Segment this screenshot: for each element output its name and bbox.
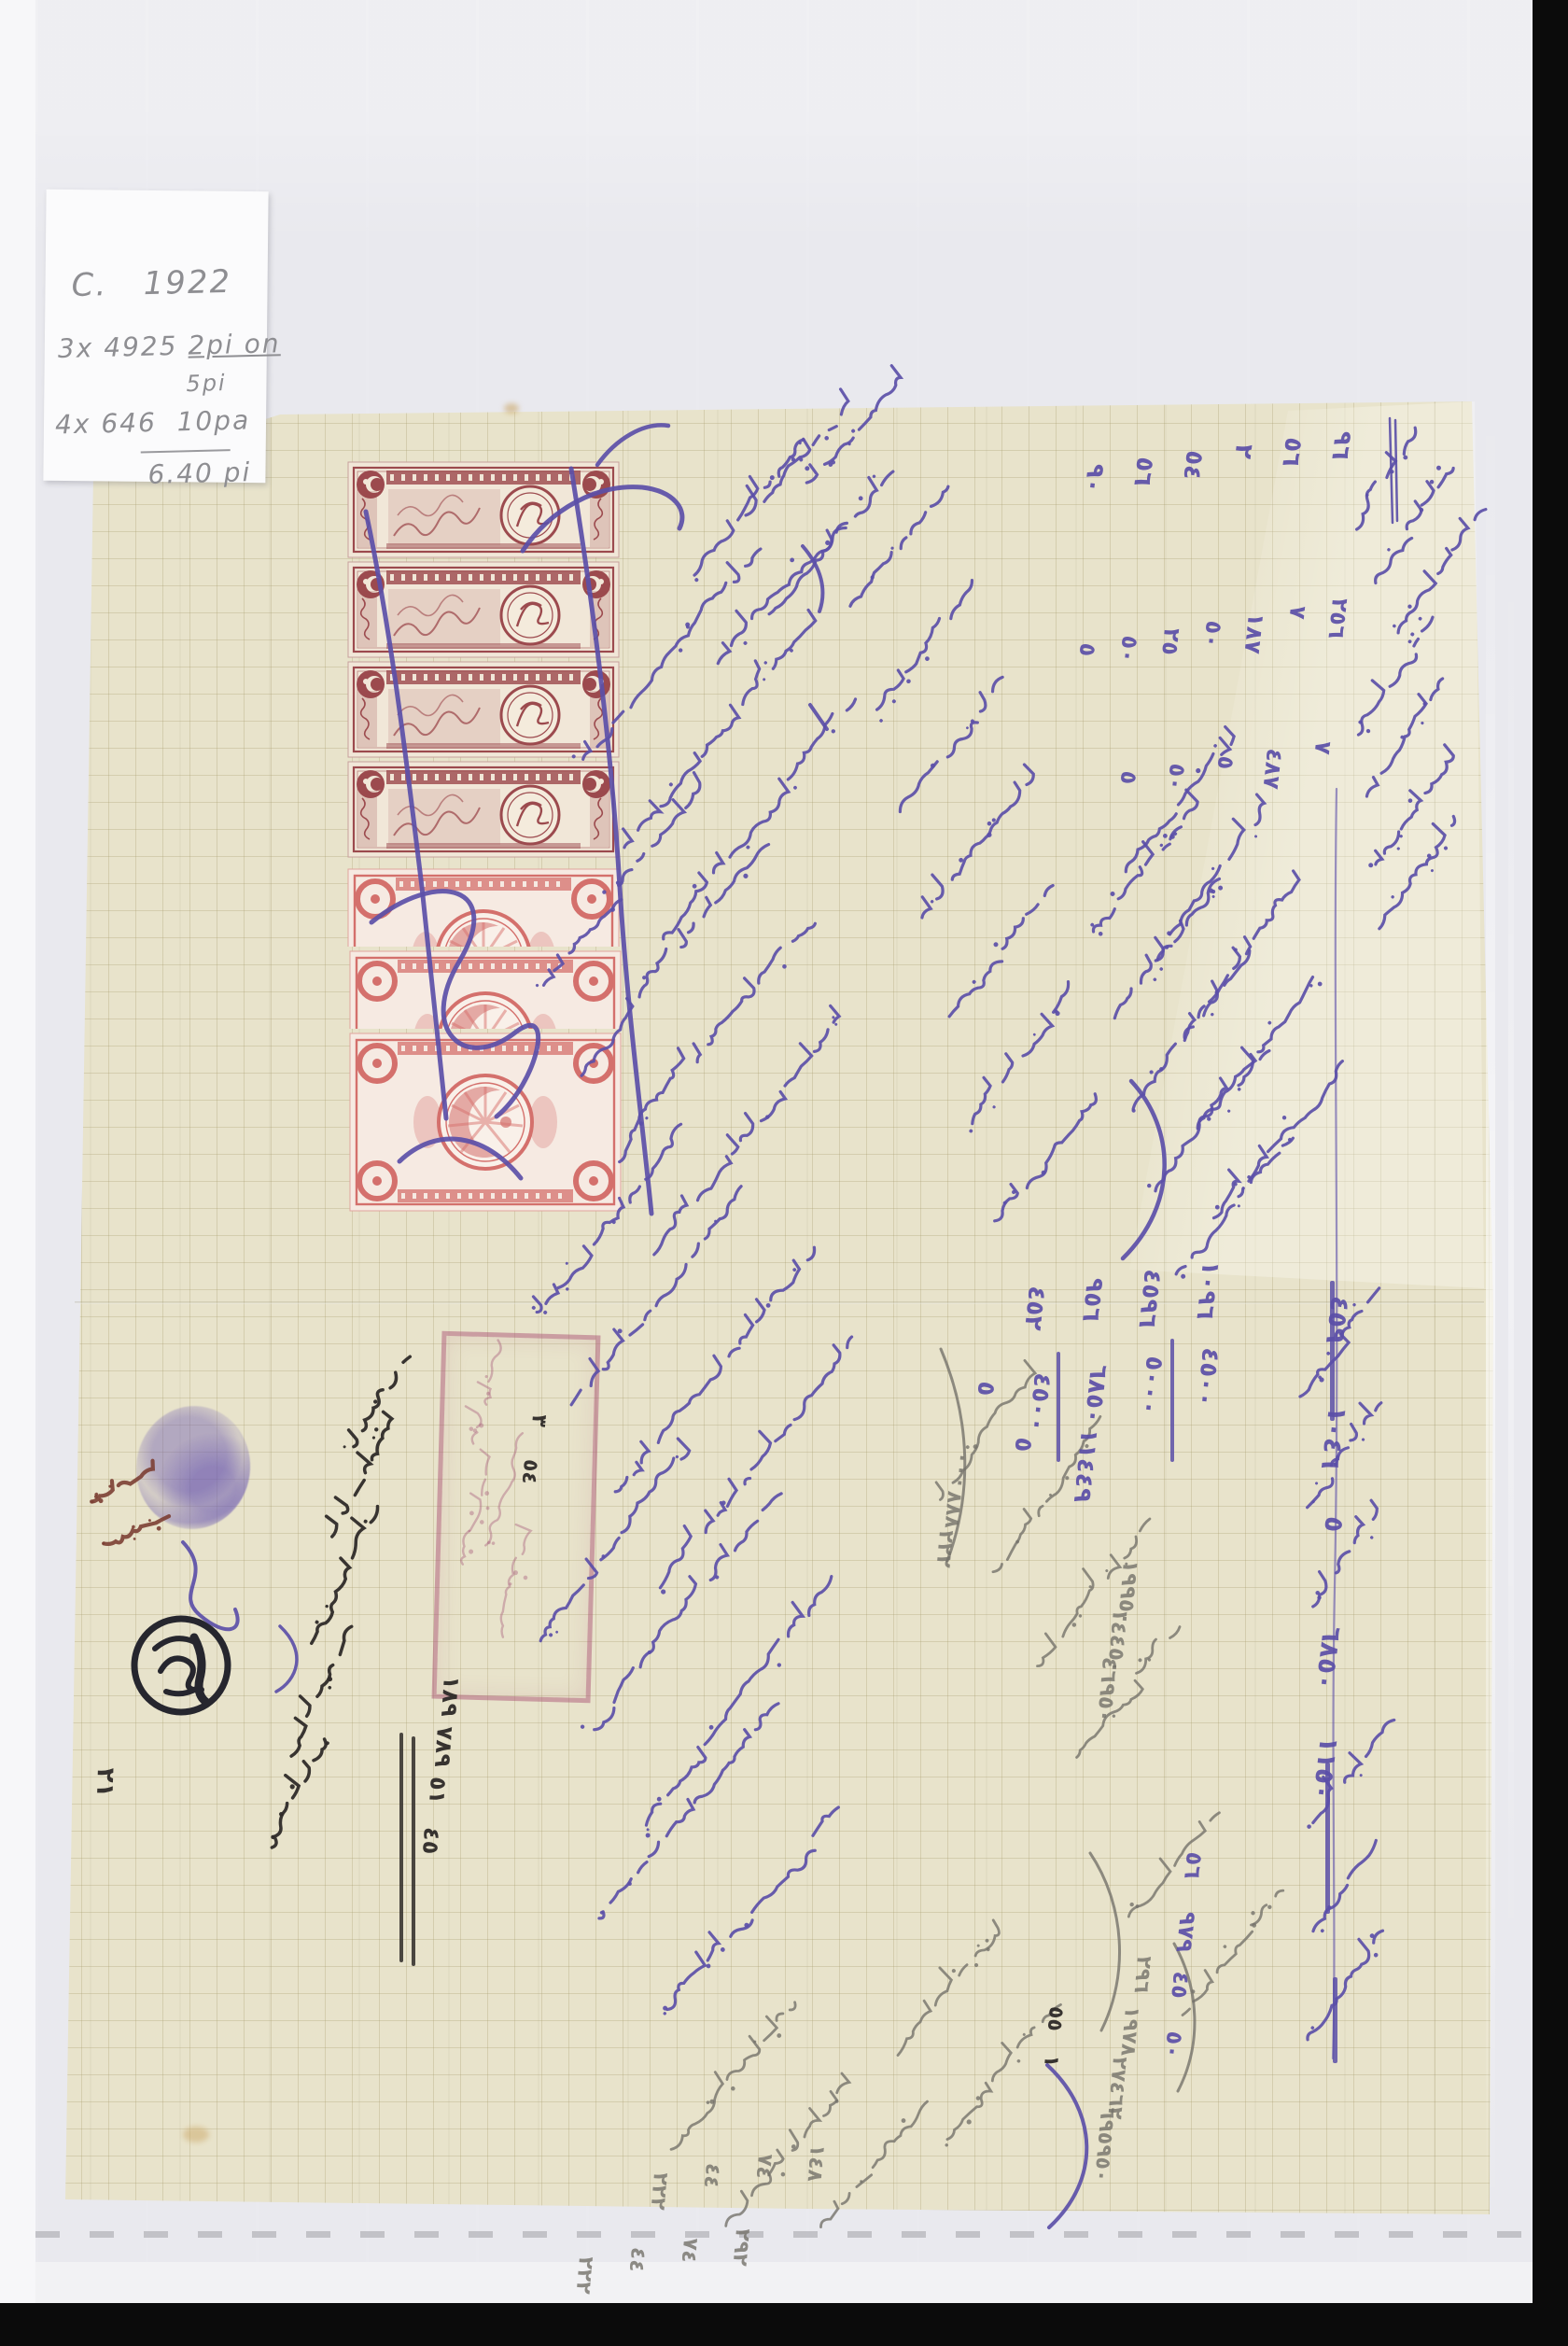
handwriting-band — [792, 366, 912, 488]
numeral-token: ١٩٧٨ — [1116, 2005, 1141, 2057]
handwriting-band — [571, 833, 772, 1081]
numeral-token: ٦٨٥٠ — [1311, 1625, 1345, 1692]
handwriting-band — [1081, 789, 1205, 937]
handwriting-band — [1190, 972, 1323, 1135]
ink-cancellation-stroke — [597, 425, 668, 465]
numeral-token: ٩٧٩ — [1173, 1910, 1199, 1953]
handwriting-band — [1199, 1047, 1349, 1227]
numeral-token: ٥٠٠٠ — [1137, 1355, 1167, 1416]
handwriting-band — [256, 1731, 330, 1851]
ink-cancellation-stroke — [1123, 1081, 1165, 1258]
handwriting-band — [652, 692, 863, 945]
ink-cancellation-stroke — [523, 487, 682, 551]
handwriting-band — [1117, 727, 1244, 880]
numeral-token: ٢٢٢ — [647, 2171, 670, 2211]
numeral-token: ٥٠ — [1116, 634, 1141, 664]
handwriting-band — [643, 1328, 861, 1595]
handwriting-band — [1138, 792, 1280, 965]
numeral-token: ٤٥ — [419, 1826, 443, 1855]
numeral-token: ٥٦ — [1278, 436, 1306, 469]
handwriting-band — [526, 1120, 693, 1319]
handwriting-band — [527, 1439, 697, 1646]
handwriting-band — [943, 878, 1057, 1022]
handwriting-band — [86, 1461, 160, 1508]
numeral-token: ٥٠ — [1164, 762, 1189, 792]
handwritten-rule-bar — [412, 1736, 415, 1966]
numeral-token: ٢ — [1230, 443, 1256, 460]
handwriting-band — [1311, 1839, 1384, 1936]
numeral-token: ٢٥٦ — [1325, 597, 1351, 639]
handwriting-band — [815, 2096, 931, 2230]
numeral-token: ٩٠ — [1080, 462, 1108, 495]
handwriting-band — [1173, 1131, 1294, 1280]
handwriting-band — [659, 1992, 804, 2157]
numeral-token: ٤٨٧ — [1260, 747, 1286, 790]
numeral-token: ٥٤ — [1179, 449, 1207, 482]
pencil-stroke — [1090, 1853, 1120, 2030]
numeral-token: ٥٠ — [1200, 619, 1225, 649]
numeral-token: ٥٤ — [518, 1458, 540, 1485]
ink-cancellation-stroke — [810, 705, 827, 729]
numeral-token: ١٤٨ — [804, 2143, 827, 2183]
handwriting-band — [847, 482, 950, 610]
handwriting-band — [881, 1912, 1005, 2060]
numeral-token: ٨٨٨ — [941, 1490, 964, 1529]
handwriting-band — [1344, 608, 1439, 739]
handwriting-band — [449, 1450, 503, 1567]
handwriting-band — [560, 1181, 750, 1409]
handwriting-band — [867, 577, 983, 723]
numeral-token: ٢٩٢ — [729, 2227, 752, 2267]
numeral-token: ١٠٩٦ — [1193, 1259, 1223, 1321]
handwriting-band — [952, 976, 1082, 1135]
numeral-token: ٤٤ — [700, 2162, 722, 2189]
numeral-token: ٤٥٠٠ — [1025, 1371, 1055, 1433]
handwriting-band — [275, 1620, 360, 1759]
ink-cancellation-stroke — [571, 469, 651, 1214]
handwriting-band — [607, 1240, 819, 1496]
handwriting-band — [318, 1410, 396, 1538]
numeral-token: ٢٢٢ — [932, 1529, 956, 1568]
numeral-token: ٩٥٦ — [1078, 1276, 1107, 1323]
numeral-token: ٥ — [1010, 1436, 1036, 1454]
numeral-token: ٢٥ — [1158, 626, 1183, 656]
numeral-token: ٥ — [1076, 641, 1099, 657]
ink-cancellation-stroke — [1395, 420, 1397, 521]
numeral-token: ٥٠ — [1161, 2030, 1186, 2059]
handwritten-rule-bar — [1057, 1352, 1060, 1462]
handwritten-rule-bar — [1170, 1339, 1174, 1462]
handwriting-band — [295, 1498, 384, 1646]
numeral-token: ١ — [1040, 2054, 1061, 2068]
numeral-token: ٢١ — [92, 1767, 118, 1798]
numeral-token: ١٠٤٦ — [1317, 1405, 1351, 1471]
numeral-token: ٦٩٥٩٥٠ — [1090, 2106, 1117, 2183]
handwriting-band — [623, 1567, 845, 1839]
numeral-token: ٤٥٠٠ — [1193, 1346, 1223, 1408]
numeral-token: ٤٥٩ — [1322, 1295, 1353, 1345]
numeral-token: ٤٥٢ — [1020, 1285, 1049, 1331]
ink-cancellation-stroke — [276, 1626, 297, 1692]
numeral-token: ٧٤ — [678, 2237, 700, 2264]
numeral-token: ٢٩٦ — [1130, 1955, 1154, 1994]
numeral-token: ٦٨٥٠ — [1081, 1363, 1111, 1425]
numeral-token: ٤٦٩٥٠ — [1093, 1656, 1120, 1723]
handwritten-rule-bar — [399, 1733, 403, 1962]
numeral-token: ٧٨٩ — [431, 1725, 456, 1768]
handwriting-band — [908, 760, 1038, 921]
numeral-token: ١١٥٠ — [1309, 1735, 1342, 1802]
handwriting-band — [1299, 1498, 1390, 1612]
numeral-token: ٥ — [973, 1380, 999, 1398]
numeral-token: ٥١ — [426, 1776, 450, 1805]
numeral-token: ١١٤٤٩ — [1070, 1427, 1101, 1504]
handwriting-band — [477, 1429, 525, 1549]
numeral-token: ٤٥ — [1168, 1970, 1193, 2000]
handwriting-band — [1363, 742, 1461, 876]
handwriting-band — [1295, 1922, 1391, 2045]
handwriting-band — [1388, 500, 1493, 639]
numeral-token: ٢٢٢ — [572, 2255, 595, 2295]
handwriting-band — [487, 1524, 540, 1639]
numeral-token: ٧٤ — [752, 2153, 775, 2180]
numeral-token: ٠٠٠ — [949, 1451, 973, 1490]
handwriting-band — [456, 1337, 506, 1445]
ink-cancellation-stroke — [371, 892, 539, 1117]
handwriting-band — [1369, 809, 1464, 936]
handwriting-band — [987, 1088, 1102, 1228]
numeral-token: ١٨٩ — [438, 1675, 463, 1718]
handwriting-band — [592, 1697, 782, 1920]
handwriting-band — [612, 604, 819, 852]
handwritten-rule-bar — [1333, 1977, 1337, 2063]
ink-cancellation-stroke — [1390, 418, 1393, 523]
numeral-token: ٥ — [1320, 1515, 1348, 1534]
ink-cancellation-stroke — [183, 1542, 238, 1629]
handwriting-band — [894, 672, 1010, 818]
numeral-token: ٥٦ — [1181, 1850, 1206, 1880]
document-photo: C. 1922 3x 4925 2pi on 5pi 4x 646 10pa 6… — [0, 0, 1568, 2346]
numeral-token: ٤٥٩٦ — [1135, 1268, 1165, 1329]
ink-cancellation-stroke — [1047, 2065, 1086, 2227]
numeral-token: ٤٤ — [625, 2246, 648, 2273]
pencil-stroke — [1174, 1944, 1195, 2091]
handwriting-band — [575, 1481, 784, 1738]
handwriting-band — [100, 1512, 173, 1551]
handwriting-band — [650, 1795, 847, 2023]
numeral-token: ٧ — [1286, 604, 1309, 620]
ink-cancellation-stroke — [803, 546, 822, 611]
ink-cancellation-stroke — [399, 1139, 521, 1178]
ink-cancellation-stroke — [366, 512, 446, 1118]
numeral-token: ٥٦ — [1129, 456, 1157, 488]
numeral-token: ٧ — [1311, 739, 1335, 755]
numeral-token: ٣ — [527, 1413, 549, 1427]
numeral-token: ١٨٧ — [1241, 611, 1267, 654]
numeral-token: ٩٦ — [1327, 429, 1355, 462]
numeral-token: ٥ — [1117, 769, 1141, 785]
numeral-token: ٥ — [1214, 754, 1238, 770]
numeral-token: ٥٥ — [1043, 2005, 1066, 2032]
